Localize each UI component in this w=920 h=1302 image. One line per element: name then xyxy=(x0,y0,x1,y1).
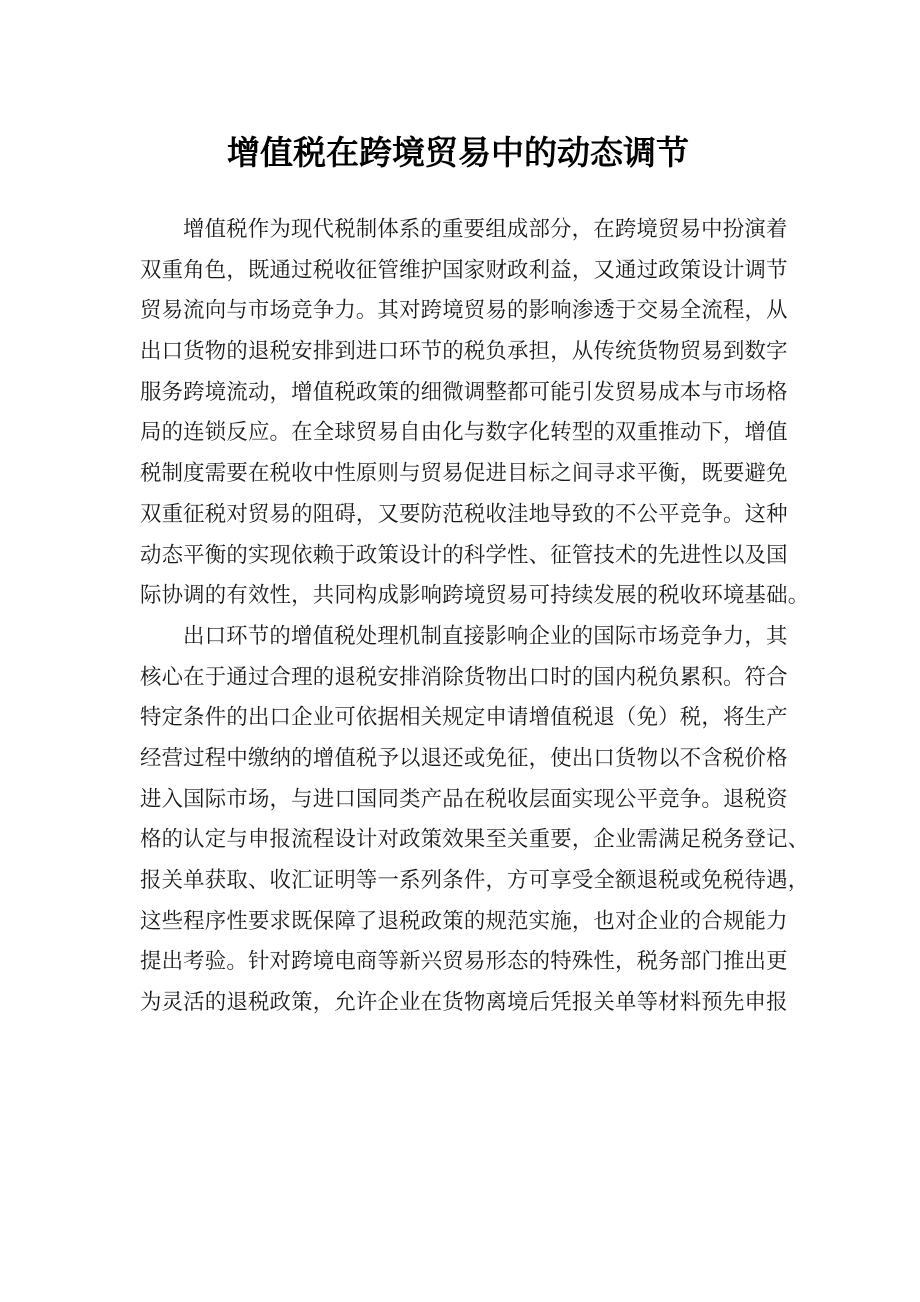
paragraph-line: 出口货物的退税安排到进口环节的税负承担，从传统货物贸易到数字 xyxy=(140,332,800,373)
paragraph-line: 动态平衡的实现依赖于政策设计的科学性、征管技术的先进性以及国 xyxy=(140,536,800,577)
paragraph-line: 出口环节的增值税处理机制直接影响企业的国际市场竞争力，其 xyxy=(140,617,800,658)
document-page: 增值税在跨境贸易中的动态调节 增值税作为现代税制体系的重要组成部分，在跨境贸易中… xyxy=(0,0,920,1302)
paragraph-line: 双重征税对贸易的阻碍，又要防范税收洼地导致的不公平竞争。这种 xyxy=(140,495,800,536)
paragraph-line: 格的认定与申报流程设计对政策效果至关重要，企业需满足税务登记、 xyxy=(140,820,800,861)
document-body: 增值税作为现代税制体系的重要组成部分，在跨境贸易中扮演着 双重角色，既通过税收征… xyxy=(140,210,800,1024)
paragraph-line: 核心在于通过合理的退税安排消除货物出口时的国内税负累积。符合 xyxy=(140,658,800,699)
paragraph-line: 这些程序性要求既保障了退税政策的规范实施，也对企业的合规能力 xyxy=(140,902,800,943)
paragraph-line: 际协调的有效性，共同构成影响跨境贸易可持续发展的税收环境基础。 xyxy=(140,576,800,617)
document-title: 增值税在跨境贸易中的动态调节 xyxy=(140,131,768,175)
paragraph-line: 局的连锁反应。在全球贸易自由化与数字化转型的双重推动下，增值 xyxy=(140,413,800,454)
paragraph-line: 增值税作为现代税制体系的重要组成部分，在跨境贸易中扮演着 xyxy=(140,210,800,251)
paragraph-line: 进入国际市场，与进口国同类产品在税收层面实现公平竞争。退税资 xyxy=(140,780,800,821)
paragraph-line: 为灵活的退税政策，允许企业在货物离境后凭报关单等材料预先申报 xyxy=(140,983,800,1024)
paragraph-line: 服务跨境流动，增值税政策的细微调整都可能引发贸易成本与市场格 xyxy=(140,373,800,414)
paragraph-2: 出口环节的增值税处理机制直接影响企业的国际市场竞争力，其 核心在于通过合理的退税… xyxy=(140,617,800,1024)
paragraph-line: 提出考验。针对跨境电商等新兴贸易形态的特殊性，税务部门推出更 xyxy=(140,942,800,983)
paragraph-line: 经营过程中缴纳的增值税予以退还或免征，使出口货物以不含税价格 xyxy=(140,739,800,780)
paragraph-1: 增值税作为现代税制体系的重要组成部分，在跨境贸易中扮演着 双重角色，既通过税收征… xyxy=(140,210,800,617)
paragraph-line: 贸易流向与市场竞争力。其对跨境贸易的影响渗透于交易全流程，从 xyxy=(140,291,800,332)
paragraph-line: 特定条件的出口企业可依据相关规定申请增值税退（免）税，将生产 xyxy=(140,698,800,739)
paragraph-line: 双重角色，既通过税收征管维护国家财政利益，又通过政策设计调节 xyxy=(140,251,800,292)
paragraph-line: 报关单获取、收汇证明等一系列条件，方可享受全额退税或免税待遇， xyxy=(140,861,800,902)
paragraph-line: 税制度需要在税收中性原则与贸易促进目标之间寻求平衡，既要避免 xyxy=(140,454,800,495)
